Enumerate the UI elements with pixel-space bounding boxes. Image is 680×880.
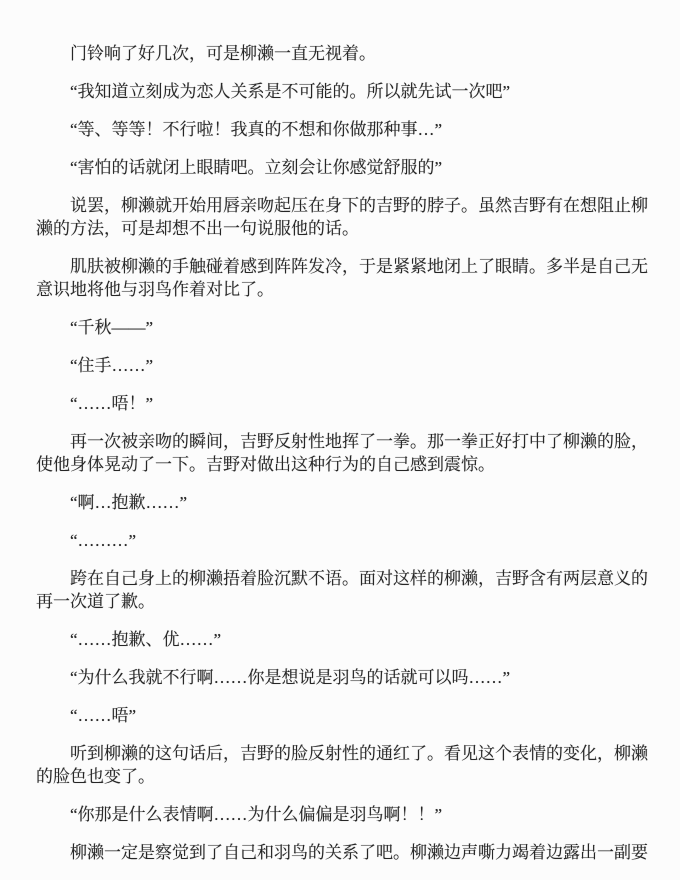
dialogue-line: “………”	[36, 529, 648, 552]
paragraph: 说罢，柳濑就开始用唇亲吻起压在身下的吉野的脖子。虽然吉野有在想阻止柳濑的方法，可…	[36, 194, 648, 240]
paragraph: 听到柳濑的这句话后，吉野的脸反射性的通红了。看见这个表情的变化，柳濑的脸色也变了…	[36, 742, 648, 788]
dialogue-line: “我知道立刻成为恋人关系是不可能的。所以就先试一次吧”	[36, 80, 648, 103]
paragraph: 门铃响了好几次，可是柳濑一直无视着。	[36, 42, 648, 65]
text-body: 门铃响了好几次，可是柳濑一直无视着。 “我知道立刻成为恋人关系是不可能的。所以就…	[36, 42, 648, 864]
paragraph: 肌肤被柳濑的手触碰着感到阵阵发冷，于是紧紧地闭上了眼睛。多半是自己无意识地将他与…	[36, 255, 648, 301]
dialogue-line: “住手……”	[36, 354, 648, 377]
paragraph: 跨在自己身上的柳濑捂着脸沉默不语。面对这样的柳濑，吉野含有两层意义的再一次道了歉…	[36, 567, 648, 613]
dialogue-line: “千秋——”	[36, 316, 648, 339]
dialogue-line: “为什么我就不行啊……你是想说是羽鸟的话就可以吗……”	[36, 666, 648, 689]
dialogue-line: “……抱歉、优……”	[36, 628, 648, 651]
document-page: 门铃响了好几次，可是柳濑一直无视着。 “我知道立刻成为恋人关系是不可能的。所以就…	[0, 0, 680, 880]
dialogue-line: “……唔！”	[36, 392, 648, 415]
paragraph: 柳濑一定是察觉到了自己和羽鸟的关系了吧。柳濑边声嘶力竭着边露出一副要	[36, 841, 648, 864]
dialogue-line: “……唔”	[36, 704, 648, 727]
dialogue-line: “害怕的话就闭上眼睛吧。立刻会让你感觉舒服的”	[36, 156, 648, 179]
dialogue-line: “啊…抱歉……”	[36, 491, 648, 514]
dialogue-line: “等、等等！不行啦！我真的不想和你做那种事…”	[36, 118, 648, 141]
dialogue-line: “你那是什么表情啊……为什么偏偏是羽鸟啊！！”	[36, 803, 648, 826]
paragraph: 再一次被亲吻的瞬间，吉野反射性地挥了一拳。那一拳正好打中了柳濑的脸，使他身体晃动…	[36, 430, 648, 476]
